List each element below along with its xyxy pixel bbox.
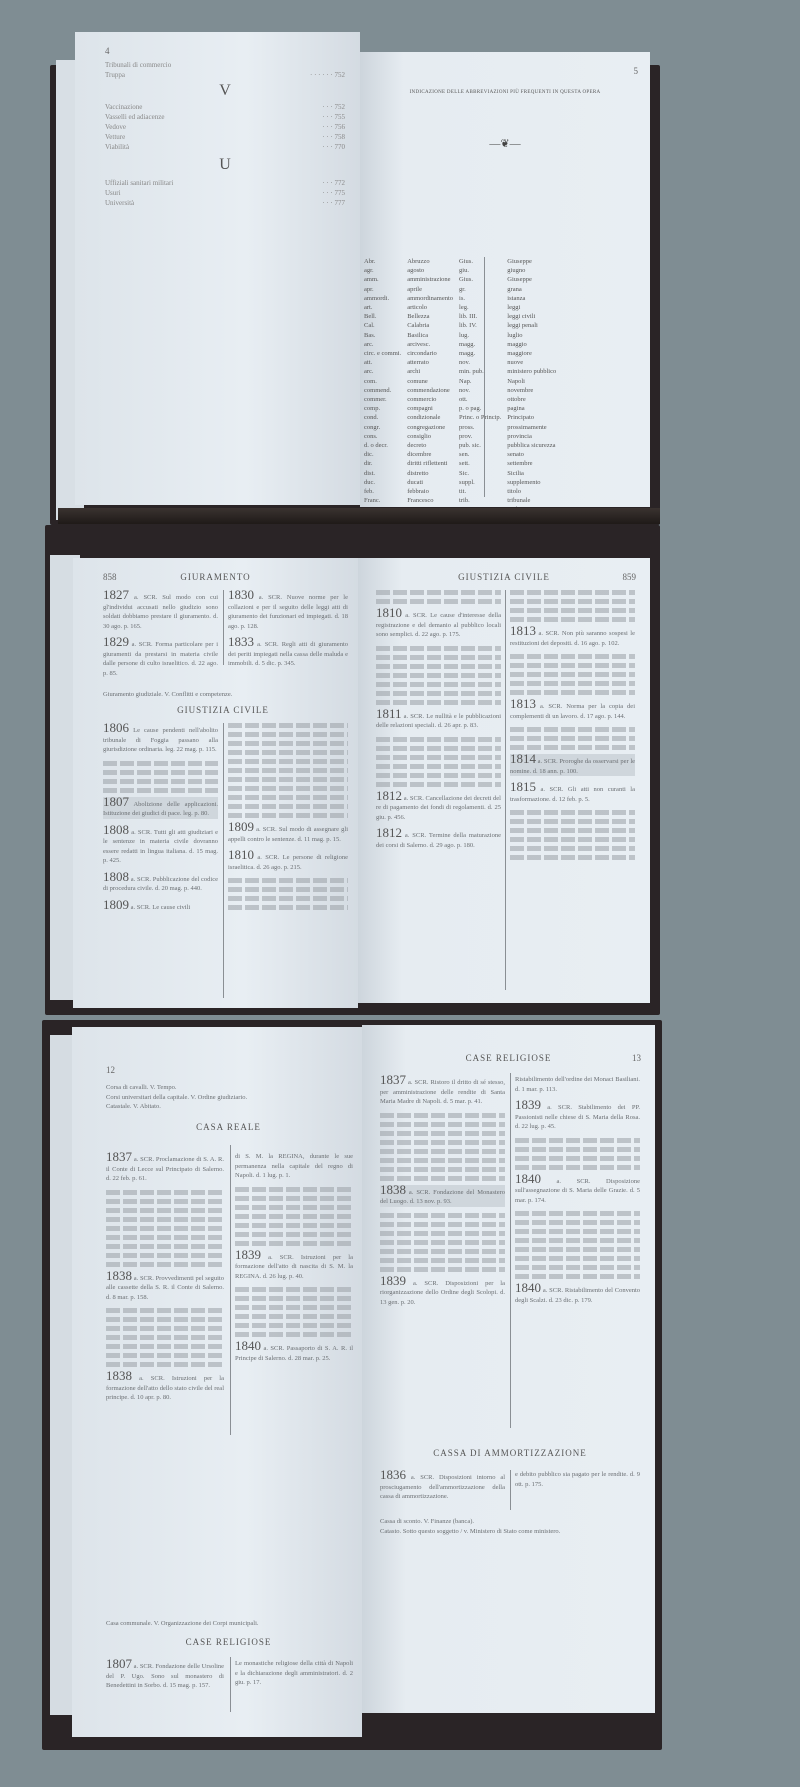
abbreviation-row: arc.arcivesc.magg.maggio — [364, 340, 562, 349]
book-1-left-page: 4 Tribunali di commercio Truppa· · · · ·… — [75, 32, 360, 505]
book-1: 4 Tribunali di commercio Truppa· · · · ·… — [50, 30, 660, 525]
abbreviation-row: att.atterratonov.nuove — [364, 358, 562, 367]
column-2: 1830 a. SCR. Nuove norme per le collazio… — [228, 590, 348, 675]
page-number: 12 — [106, 1065, 115, 1075]
abbreviation-row: arc.archimin. pub.ministero pubblico — [364, 367, 562, 376]
section-letter-v: V — [105, 86, 345, 96]
book-3: 12 Corsa di cavalli. V. Tempo. Corsi uni… — [42, 1015, 667, 1760]
abbreviations-heading: INDICAZIONE DELLE ABBREVIAZIONI PIÙ FREQ… — [370, 90, 640, 95]
section-letter-u: U — [105, 160, 345, 170]
page-number: 5 — [634, 66, 639, 76]
section-title: CASSA DI AMMORTIZZAZIONE — [380, 1449, 640, 1459]
abbreviation-row: dist.distrettoSic.Sicilia — [364, 469, 562, 478]
abbreviation-row: ammordi.ammordinamentois.istanza — [364, 294, 562, 303]
abbreviation-row: Bas.Basilicalug.luglio — [364, 331, 562, 340]
abbreviation-row: apr.aprilegr.grana — [364, 285, 562, 294]
abbreviation-row: commer.commercioott.ottobre — [364, 395, 562, 404]
index-column: Tribunali di commercio Truppa· · · · · ·… — [105, 60, 345, 208]
abbreviation-row: cons.consiglioprov.provincia — [364, 432, 562, 441]
section-title: CASA REALE — [106, 1123, 351, 1133]
abbreviation-row: feb.febbraiotit.titolo — [364, 487, 562, 496]
abbreviation-row: Franc.Francescotrib.tribunale — [364, 496, 562, 505]
column-1: 1827 a. SCR. Sul modo con cui gl'individ… — [103, 590, 218, 684]
column-4: 1809 a. SCR. Sul modo di assegnare gli a… — [228, 723, 348, 914]
abbreviation-row: duc.ducatisuppl.supplemento — [364, 478, 562, 487]
column-3: 1836 a. SCR. Disposizioni intorno al pro… — [380, 1470, 505, 1508]
abbreviation-row: g. c.gran corteV.Vedi — [364, 505, 562, 507]
book-1-right-page: 5 INDICAZIONE DELLE ABBREVIAZIONI PIÙ FR… — [360, 52, 650, 507]
footer-references: Cassa di sconto. V. Finanze (banca). Cat… — [380, 1517, 640, 1536]
column-1: 1837 a. SCR. Proclamazione di S. A. R. i… — [106, 1152, 224, 1409]
abbreviation-row: art.articololeg.leggi — [364, 303, 562, 312]
section-title: GIUSTIZIA CIVILE — [103, 700, 343, 722]
ornament: —❦— — [360, 137, 650, 150]
running-head: GIUSTIZIA CIVILE — [358, 572, 650, 582]
book-2-right-page: 859 GIUSTIZIA CIVILE 1810 a. SCR. Le cau… — [358, 558, 650, 1003]
abbreviations-table: Abr.AbruzzoGius.Giuseppeagr.agostogiu.gi… — [364, 257, 562, 507]
abbreviation-row: com.comuneNap.Napoli — [364, 377, 562, 386]
cross-reference: Giuramento giudiziale. V. Conflitti e co… — [103, 690, 343, 700]
abbreviation-row: d. o decr.decretopub. sic.pubblica sicur… — [364, 441, 562, 450]
abbreviation-row: commend.commendazionenov.novembre — [364, 386, 562, 395]
abbreviation-row: amm.amministrazioneGius.Giuseppe — [364, 275, 562, 284]
book-2: 858 GIURAMENTO 1827 a. SCR. Sul modo con… — [45, 525, 660, 1015]
abbreviation-row: Abr.AbruzzoGius.Giuseppe — [364, 257, 562, 266]
abbreviation-row: dic.dicembresen.senato — [364, 450, 562, 459]
abbreviation-row: congr.congregazionepross.prossimamente — [364, 423, 562, 432]
column-1: 1810 a. SCR. Le cause d'interesse della … — [376, 590, 501, 856]
book-3-right-page: 13 CASE RELIGIOSE 1837 a. SCR. Ristoro i… — [362, 1025, 655, 1713]
section-title-2: CASE RELIGIOSE — [106, 1638, 351, 1648]
column-4: Le monastiche religiose della città di N… — [235, 1659, 353, 1694]
abbreviation-row: Bell.Bellezzalib. III.leggi civili — [364, 312, 562, 321]
abbreviation-row: comp.compagnip. o pag.pagina — [364, 404, 562, 413]
page-number: 4 — [105, 46, 110, 56]
column-3: 1807 a. SCR. Fondazione delle Ursoline d… — [106, 1659, 224, 1697]
column-2: Ristabilimento dell'ordine dei Monaci Ba… — [515, 1075, 640, 1311]
column-3: 1806 Le cause pendenti nell'abolito trib… — [103, 723, 218, 918]
column-2: 1813 a. SCR. Non più saranno sospesi le … — [510, 590, 635, 864]
running-head: CASE RELIGIOSE — [362, 1053, 655, 1063]
running-head: GIURAMENTO — [73, 572, 358, 582]
abbreviation-row: cond.condizionalePrinc. o Princip.Princi… — [364, 413, 562, 422]
abbreviation-row: dir.diritti riflettentisett.settembre — [364, 459, 562, 468]
column-4: e debito pubblico sia pagato per le rend… — [515, 1470, 640, 1495]
column-1: 1837 a. SCR. Ristoro il dritto di sé ste… — [380, 1075, 505, 1313]
book-3-left-page: 12 Corsa di cavalli. V. Tempo. Corsi uni… — [72, 1027, 362, 1737]
abbreviation-row: agr.agostogiu.giugno — [364, 266, 562, 275]
cross-references: Corsa di cavalli. V. Tempo. Corsi univer… — [106, 1083, 351, 1112]
abbreviation-row: circ. e commi.circondariomagg.maggiore — [364, 349, 562, 358]
abbreviation-row: Cal.Calabrialib. IV.leggi penali — [364, 321, 562, 330]
cross-reference-bottom: Casa communale. V. Organizzazione dei Co… — [106, 1619, 351, 1629]
column-2: di S. M. la REGINA, durante le sue perma… — [235, 1152, 353, 1369]
book-2-left-page: 858 GIURAMENTO 1827 a. SCR. Sul modo con… — [73, 558, 358, 1008]
